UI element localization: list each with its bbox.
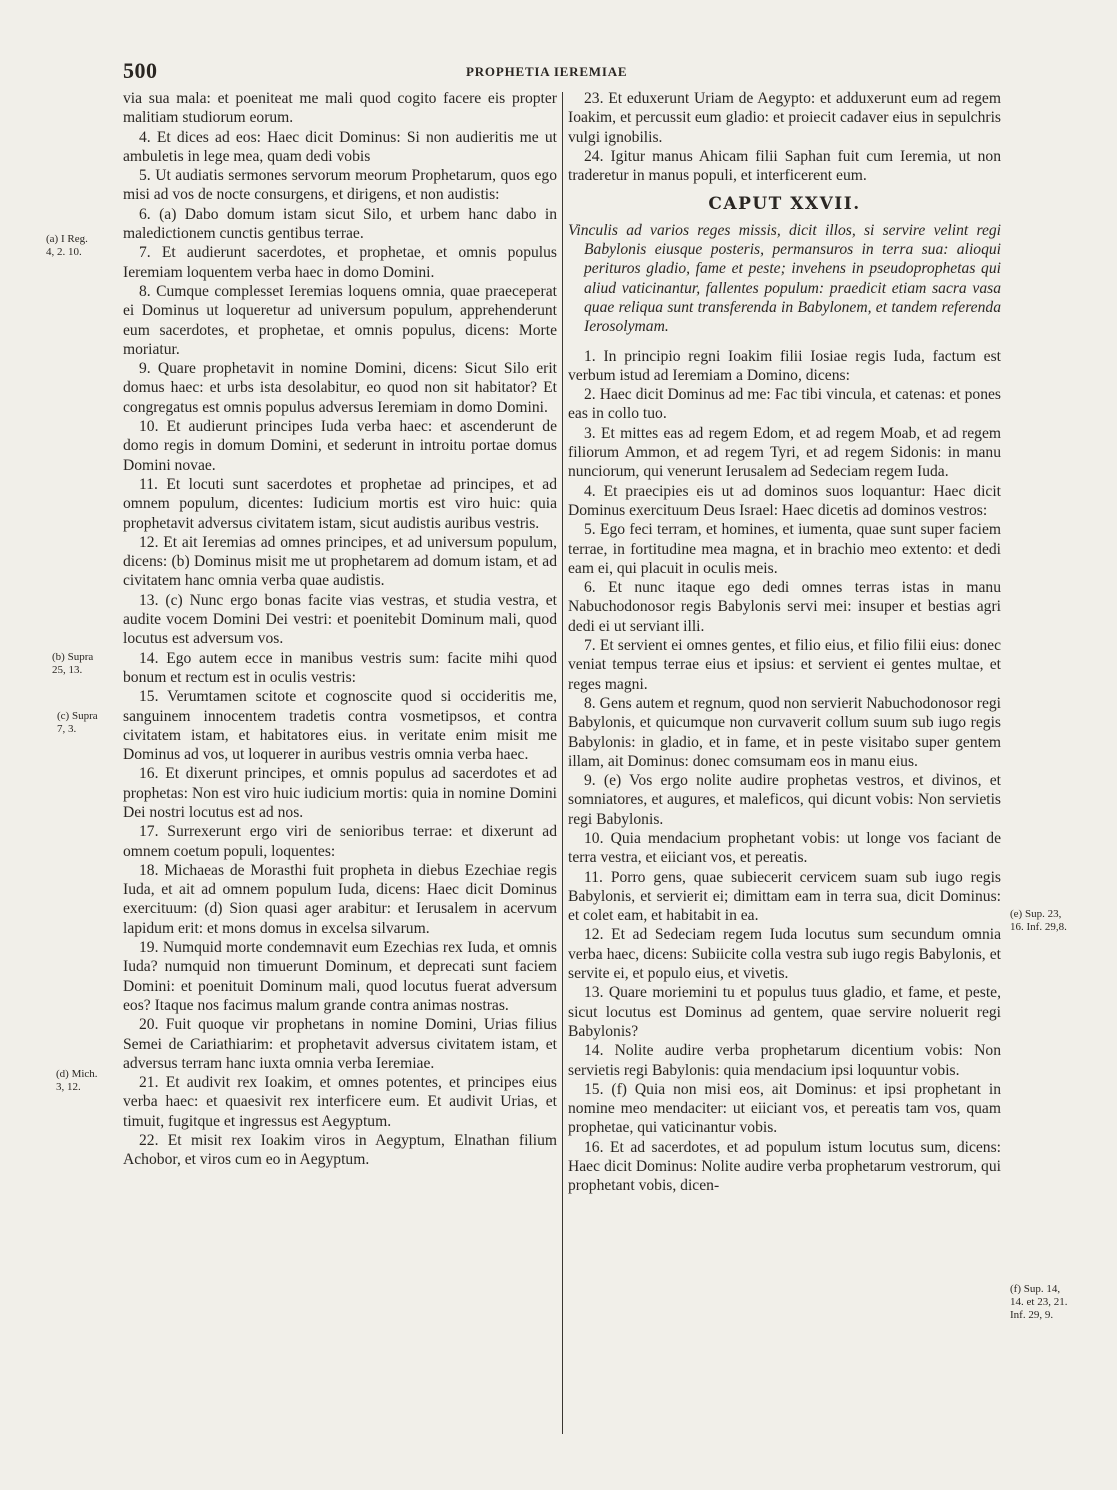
- verse-paragraph: 5. Ego feci terram, et homines, et iumen…: [568, 520, 1001, 578]
- verse-paragraph: 3. Et mittes eas ad regem Edom, et ad re…: [568, 424, 1001, 482]
- margin-note-line: (e) Sup. 23,: [1010, 908, 1067, 921]
- verse-paragraph: 14. Ego autem ecce in manibus vestris su…: [123, 649, 557, 688]
- verse-paragraph: 24. Igitur manus Ahicam filii Saphan fui…: [568, 147, 1001, 186]
- verse-paragraph: 20. Fuit quoque vir prophetans in nomine…: [123, 1015, 557, 1073]
- verse-paragraph: 6. Et nunc itaque ego dedi omnes terras …: [568, 578, 1001, 636]
- margin-note-b: (b) Supra 25, 13.: [52, 651, 93, 677]
- margin-note-line: 4, 2. 10.: [46, 246, 88, 259]
- verse-paragraph: 1. In principio regni Ioakim filii Iosia…: [568, 347, 1001, 386]
- verse-paragraph: 10. Et audierunt principes Iuda verba ha…: [123, 417, 557, 475]
- verse-paragraph: 22. Et misit rex Ioakim viros in Aegyptu…: [123, 1131, 557, 1170]
- verse-paragraph: 14. Nolite audire verba prophetarum dice…: [568, 1041, 1001, 1080]
- margin-note-line: (b) Supra: [52, 651, 93, 664]
- verse-paragraph: 4. Et praecipies eis ut ad dominos suos …: [568, 482, 1001, 521]
- margin-note-line: (a) I Reg.: [46, 233, 88, 246]
- margin-note-line: (f) Sup. 14,: [1010, 1283, 1067, 1296]
- verse-paragraph: 15. (f) Quia non misi eos, ait Dominus: …: [568, 1080, 1001, 1138]
- margin-note-c: (c) Supra 7, 3.: [57, 710, 98, 736]
- margin-note-line: Inf. 29, 9.: [1010, 1309, 1067, 1322]
- verse-paragraph: 11. Et locuti sunt sacerdotes et prophet…: [123, 475, 557, 533]
- verse-paragraph: 21. Et audivit rex Ioakim, et omnes pote…: [123, 1073, 557, 1131]
- running-title: PROPHETIA IEREMIAE: [466, 64, 627, 80]
- margin-note-line: 14. et 23, 21.: [1010, 1296, 1067, 1309]
- left-column: via sua mala: et poeniteat me mali quod …: [123, 89, 557, 1170]
- verse-paragraph: 19. Numquid morte condemnavit eum Ezechi…: [123, 938, 557, 1015]
- margin-note-line: (d) Mich.: [56, 1068, 98, 1081]
- verse-paragraph: 8. Cumque complesset Ieremias loquens om…: [123, 282, 557, 359]
- verse-paragraph: 23. Et eduxerunt Uriam de Aegypto: et ad…: [568, 89, 1001, 147]
- book-page: 500 PROPHETIA IEREMIAE via sua mala: et …: [0, 0, 1117, 1490]
- column-divider: [562, 92, 563, 1434]
- verse-paragraph: 12. Et ait Ieremias ad omnes principes, …: [123, 533, 557, 591]
- verse-paragraph: 17. Surrexerunt ergo viri de senioribus …: [123, 822, 557, 861]
- verse-paragraph: 16. Et ad sacerdotes, et ad populum istu…: [568, 1138, 1001, 1196]
- verse-paragraph: 9. (e) Vos ergo nolite audire prophetas …: [568, 771, 1001, 829]
- verse-paragraph: 10. Quia mendacium prophetant vobis: ut …: [568, 829, 1001, 868]
- page-number: 500: [123, 58, 158, 84]
- verse-paragraph: 8. Gens autem et regnum, quod non servie…: [568, 694, 1001, 771]
- verse-paragraph: 2. Haec dicit Dominus ad me: Fac tibi vi…: [568, 385, 1001, 424]
- margin-note-a: (a) I Reg. 4, 2. 10.: [46, 233, 88, 259]
- verse-paragraph: 6. (a) Dabo domum istam sicut Silo, et u…: [123, 205, 557, 244]
- chapter-summary: Vinculis ad varios reges missis, dicit i…: [568, 221, 1001, 337]
- verse-paragraph: 12. Et ad Sedeciam regem Iuda locutus su…: [568, 925, 1001, 983]
- verse-paragraph: 7. Et audierunt sacerdotes, et prophetae…: [123, 243, 557, 282]
- verse-paragraph: 18. Michaeas de Morasthi fuit propheta i…: [123, 861, 557, 938]
- verse-paragraph: 7. Et servient ei omnes gentes, et filio…: [568, 636, 1001, 694]
- verse-paragraph: 11. Porro gens, quae subiecerit cervicem…: [568, 868, 1001, 926]
- margin-note-d: (d) Mich. 3, 12.: [56, 1068, 98, 1094]
- margin-note-f: (f) Sup. 14, 14. et 23, 21. Inf. 29, 9.: [1010, 1283, 1067, 1322]
- margin-note-e: (e) Sup. 23, 16. Inf. 29,8.: [1010, 908, 1067, 934]
- verse-paragraph: 5. Ut audiatis sermones servorum meorum …: [123, 166, 557, 205]
- margin-note-line: 3, 12.: [56, 1081, 98, 1094]
- verse-paragraph: 9. Quare prophetavit in nomine Domini, d…: [123, 359, 557, 417]
- verse-paragraph: 4. Et dices ad eos: Haec dicit Dominus: …: [123, 128, 557, 167]
- chapter-heading: CAPUT XXVII.: [568, 195, 1001, 214]
- right-column: 23. Et eduxerunt Uriam de Aegypto: et ad…: [568, 89, 1001, 1196]
- verse-paragraph: via sua mala: et poeniteat me mali quod …: [123, 89, 557, 128]
- verse-paragraph: 15. Verumtamen scitote et cognoscite quo…: [123, 687, 557, 764]
- margin-note-line: 25, 13.: [52, 664, 93, 677]
- verse-paragraph: 13. (c) Nunc ergo bonas facite vias vest…: [123, 591, 557, 649]
- verse-paragraph: 13. Quare moriemini tu et populus tuus g…: [568, 983, 1001, 1041]
- margin-note-line: 7, 3.: [57, 723, 98, 736]
- margin-note-line: (c) Supra: [57, 710, 98, 723]
- margin-note-line: 16. Inf. 29,8.: [1010, 921, 1067, 934]
- verse-paragraph: 16. Et dixerunt principes, et omnis popu…: [123, 764, 557, 822]
